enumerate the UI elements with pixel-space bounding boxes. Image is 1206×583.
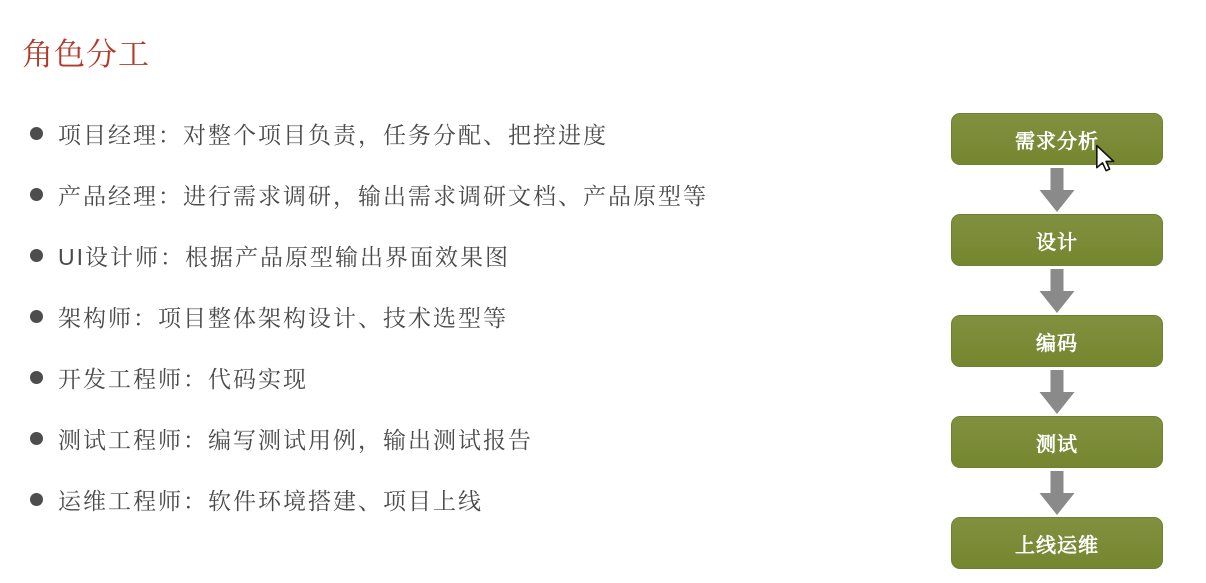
- list-item: UI设计师：根据产品原型输出界面效果图: [30, 242, 708, 268]
- role-text: 架构师：项目整体架构设计、技术选型等: [58, 300, 508, 333]
- bullet-icon: [30, 371, 43, 384]
- flow-node-requirements-analysis: 需求分析: [951, 113, 1163, 165]
- role-text: 产品经理：进行需求调研，输出需求调研文档、产品原型等: [58, 178, 708, 211]
- flow-node-deploy-ops: 上线运维: [951, 517, 1163, 569]
- list-item: 测试工程师：编写测试用例，输出测试报告: [30, 425, 708, 451]
- list-item: 运维工程师：软件环境搭建、项目上线: [30, 486, 708, 512]
- role-text: 测试工程师：编写测试用例，输出测试报告: [58, 422, 533, 455]
- bullet-icon: [30, 310, 43, 323]
- flow-node-coding: 编码: [951, 315, 1163, 367]
- flow-node-label: 测试: [1036, 428, 1078, 457]
- role-text: 项目经理：对整个项目负责，任务分配、把控进度: [58, 117, 608, 150]
- flow-node-label: 上线运维: [1015, 529, 1099, 558]
- list-item: 架构师：项目整体架构设计、技术选型等: [30, 303, 708, 329]
- list-item: 开发工程师：代码实现: [30, 364, 708, 390]
- bullet-icon: [30, 127, 43, 140]
- flow-node-testing: 测试: [951, 416, 1163, 468]
- flowchart: 需求分析 设计 编码 测试 上线运维: [951, 113, 1163, 569]
- flow-node-design: 设计: [951, 214, 1163, 266]
- list-item: 项目经理：对整个项目负责，任务分配、把控进度: [30, 120, 708, 146]
- bullet-icon: [30, 249, 43, 262]
- page-title: 角色分工: [22, 29, 150, 74]
- flow-node-label: 编码: [1036, 327, 1078, 356]
- mouse-pointer-icon: [1095, 144, 1116, 179]
- role-text: 开发工程师：代码实现: [58, 361, 308, 394]
- arrow-down-icon: [1036, 266, 1078, 315]
- arrow-down-icon: [1036, 468, 1078, 517]
- bullet-icon: [30, 432, 43, 445]
- flow-node-label: 设计: [1036, 226, 1078, 255]
- arrow-down-icon: [1036, 367, 1078, 416]
- role-text: 运维工程师：软件环境搭建、项目上线: [58, 483, 483, 516]
- flow-node-label: 需求分析: [1015, 125, 1099, 154]
- arrow-down-icon: [1036, 165, 1078, 214]
- role-text: UI设计师：根据产品原型输出界面效果图: [58, 239, 510, 272]
- role-list: 项目经理：对整个项目负责，任务分配、把控进度 产品经理：进行需求调研，输出需求调…: [30, 120, 708, 547]
- list-item: 产品经理：进行需求调研，输出需求调研文档、产品原型等: [30, 181, 708, 207]
- bullet-icon: [30, 188, 43, 201]
- bullet-icon: [30, 493, 43, 506]
